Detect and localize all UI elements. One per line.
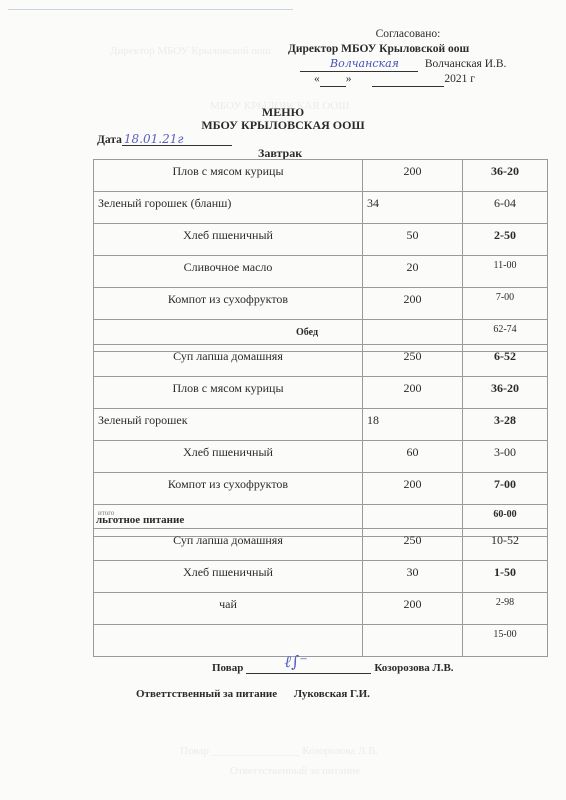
lunch-heading: Обед <box>296 327 318 338</box>
responsible-row: Ответтственный за питание Луковская Г.И. <box>136 688 370 700</box>
responsible-label: Ответтственный за питание <box>136 688 277 700</box>
table-row: чай 200 2-98 <box>94 593 548 625</box>
dish-price: 6-04 <box>463 192 548 224</box>
bleed-through-text: Директор МБОУ Крыловской оош <box>110 45 271 57</box>
dish-qty: 250 <box>363 529 463 561</box>
dish-price: 6-52 <box>463 345 548 377</box>
benefit-heading: льготное питание <box>96 514 184 526</box>
director-signature: Волчанская <box>330 56 399 71</box>
approval-heading: Согласовано: <box>288 27 528 42</box>
dish-name: Зеленый горошек (бланш) <box>94 192 363 224</box>
approval-position: Директор МБОУ Крыловской оош <box>288 42 528 57</box>
table-row: Компот из сухофруктов 200 7-00 <box>94 473 548 505</box>
date-close-quote: » <box>346 73 352 85</box>
date-field: Дата18.01.21г <box>97 134 232 146</box>
date-value: 18.01.21г <box>124 132 184 146</box>
approval-year: 2021 г <box>444 73 475 85</box>
dish-qty: 34 <box>363 192 463 224</box>
dish-price: 7-00 <box>463 473 548 505</box>
dish-qty: 30 <box>363 561 463 593</box>
dish-qty: 250 <box>363 345 463 377</box>
table-row: Компот из сухофруктов 200 7-00 <box>94 288 548 320</box>
total-row: 15-00 <box>94 625 548 657</box>
dish-qty: 200 <box>363 473 463 505</box>
breakfast-table: Плов с мясом курицы 200 36-20 Зеленый го… <box>93 159 548 352</box>
cook-signature-row: Поварℓ∫⁻Козорозова Л.В. <box>212 662 454 674</box>
dish-name: Хлеб пшеничный <box>94 561 363 593</box>
dish-name: чай <box>94 593 363 625</box>
dish-price: 36-20 <box>463 160 548 192</box>
table-row: Плов с мясом курицы 200 36-20 <box>94 160 548 192</box>
table-row: Хлеб пшеничный 50 2-50 <box>94 224 548 256</box>
table-row: Суп лапша домашняя 250 10-52 <box>94 529 548 561</box>
table-row: Сливочное масло 20 11-00 <box>94 256 548 288</box>
cook-signature-line: ℓ∫⁻ <box>246 662 371 674</box>
dish-price: 36-20 <box>463 377 548 409</box>
dish-qty: 60 <box>363 441 463 473</box>
bleed-through-text: Повар ________________ Козорозова Л.В. <box>180 745 378 757</box>
director-name: Волчанская И.В. <box>425 58 507 70</box>
cook-label: Повар <box>212 662 243 674</box>
table-row: Плов с мясом курицы 200 36-20 <box>94 377 548 409</box>
dish-qty: 200 <box>363 593 463 625</box>
approval-block: Согласовано: Директор МБОУ Крыловской оо… <box>288 27 528 87</box>
day-blank <box>320 75 346 87</box>
dish-price: 3-28 <box>463 409 548 441</box>
month-blank <box>372 75 444 87</box>
dish-name: Плов с мясом курицы <box>94 160 363 192</box>
dish-price: 10-52 <box>463 529 548 561</box>
dish-price: 7-00 <box>463 288 548 320</box>
director-signature-line: Волчанская <box>300 59 418 72</box>
table-row: Зеленый горошек (бланш) 34 6-04 <box>94 192 548 224</box>
dish-price: 3-00 <box>463 441 548 473</box>
scan-edge-line <box>8 9 293 10</box>
table-row: Хлеб пшеничный 30 1-50 <box>94 561 548 593</box>
table-row: Хлеб пшеничный 60 3-00 <box>94 441 548 473</box>
dish-qty: 200 <box>363 288 463 320</box>
dish-name: Зеленый горошек <box>94 409 363 441</box>
dish-name: Хлеб пшеничный <box>94 441 363 473</box>
dish-price: 2-50 <box>463 224 548 256</box>
school-name: МБОУ КРЫЛОВСКАЯ ООШ <box>0 118 566 133</box>
dish-name: Сливочное масло <box>94 256 363 288</box>
lunch-table: Суп лапша домашняя 250 6-52 Плов с мясом… <box>93 344 548 537</box>
total-label <box>94 625 363 657</box>
dish-name: Компот из сухофруктов <box>94 473 363 505</box>
cook-name: Козорозова Л.В. <box>374 662 453 674</box>
dish-name: Суп лапша домашняя <box>94 529 363 561</box>
dish-price: 1-50 <box>463 561 548 593</box>
empty-cell <box>363 625 463 657</box>
table-row: Зеленый горошек 18 3-28 <box>94 409 548 441</box>
benefit-table: Суп лапша домашняя 250 10-52 Хлеб пшенич… <box>93 528 548 657</box>
dish-qty: 20 <box>363 256 463 288</box>
dish-name: Плов с мясом курицы <box>94 377 363 409</box>
dish-qty: 200 <box>363 377 463 409</box>
dish-qty: 50 <box>363 224 463 256</box>
total-price: 15-00 <box>463 625 548 657</box>
date-label: Дата <box>97 134 122 146</box>
table-row: Суп лапша домашняя 250 6-52 <box>94 345 548 377</box>
dish-price: 2-98 <box>463 593 548 625</box>
dish-price: 11-00 <box>463 256 548 288</box>
dish-name: Хлеб пшеничный <box>94 224 363 256</box>
cook-signature-mark: ℓ∫⁻ <box>284 652 307 672</box>
dish-qty: 18 <box>363 409 463 441</box>
bleed-through-text: Ответтственный за питание <box>230 765 360 777</box>
dish-name: Суп лапша домашняя <box>94 345 363 377</box>
dish-name: Компот из сухофруктов <box>94 288 363 320</box>
dish-qty: 200 <box>363 160 463 192</box>
responsible-name: Луковская Г.И. <box>294 688 370 700</box>
